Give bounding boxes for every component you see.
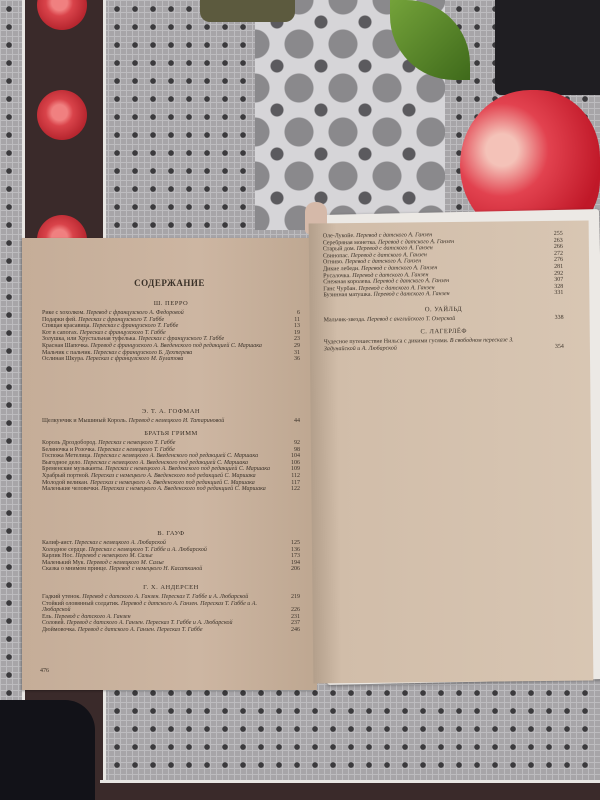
entry-credit: Перевод с немецкого И. Татариновой (129, 418, 225, 424)
entry-page: 226 (286, 607, 300, 614)
entry-credit: Пересказ с французского М. Булатова (86, 356, 184, 362)
entry-page: 98 (286, 447, 300, 454)
entry-title: Спящая красавица. Пересказ с французског… (42, 323, 286, 330)
entry-title: Маленькие человечки. Пересказ с немецког… (42, 486, 286, 493)
toc-title: СОДЕРЖАНИЕ (22, 278, 317, 288)
entry-page: 36 (286, 356, 300, 363)
entry-page: 109 (286, 466, 300, 473)
entry-credit: Пересказ с немецкого А. Любарской (74, 540, 165, 546)
entry-credit: Перевод с датского А. Ганзен. Пересказ Т… (42, 601, 257, 614)
section-author: В. ГАУФ (42, 530, 300, 537)
entry-page: 231 (286, 614, 300, 621)
entry-credit: Пересказ с немецкого Т. Габбе и А. Любар… (88, 547, 206, 553)
entry-title: Золушка, или Хрустальная туфелька. Перес… (42, 336, 286, 343)
dark-box (495, 0, 600, 95)
entry-page: 194 (286, 560, 300, 567)
toc-entry: Дюймовочка. Перевод с датского А. Ганзен… (42, 627, 300, 634)
entry-credit: Перевод с датского А. Ганзен. Пересказ Т… (67, 620, 233, 626)
toc-section: Оле-Лукойе. Перевод с датского А. Ганзен… (323, 231, 564, 299)
entry-page: 112 (286, 473, 300, 480)
left-page: СОДЕРЖАНИЕ Ш. ПЕРРОРике с хохолком. Пере… (22, 238, 317, 690)
toc-entry: Стойкий оловянный солдатик. Перевод с да… (42, 601, 300, 614)
toc-entry: Король Дроздобород. Пересказ с немецкого… (42, 440, 300, 447)
section-author: Ш. ПЕРРО (42, 300, 300, 307)
toc-section: Г. Х. АНДЕРСЕНГадкий утенок. Перевод с д… (42, 584, 300, 634)
entry-page: 173 (286, 553, 300, 560)
entry-title: Дюймовочка. Перевод с датского А. Ганзен… (42, 627, 286, 634)
entry-page: 219 (286, 594, 300, 601)
entry-credit: Пересказ с немецкого А. Введенского под … (83, 460, 248, 466)
entry-page: 331 (549, 290, 563, 297)
section-author: БРАТЬЯ ГРИММ (42, 430, 300, 437)
entry-page: 44 (286, 418, 300, 425)
toc-section: В. ГАУФКалиф-аист. Пересказ с немецкого … (42, 530, 300, 573)
entry-credit: Перевод с английского Т. Озерской (367, 316, 455, 323)
entry-credit: Пересказ с немецкого А. Введенского под … (93, 453, 258, 459)
dark-object-corner (0, 700, 95, 800)
page-number: 476 (40, 668, 49, 674)
toc-section: О. УАЙЛЬДМальчик-звезда. Перевод с англи… (323, 305, 563, 324)
entry-title: Сказка о мнимом принце. Перевод с немецк… (42, 566, 286, 573)
toc-entry: Карлик Нос. Перевод с немецкого М. Салье… (42, 553, 300, 560)
entry-title: Стойкий оловянный солдатик. Перевод с да… (42, 601, 286, 614)
section-author: Г. Х. АНДЕРСЕН (42, 584, 300, 591)
toc-section: БРАТЬЯ ГРИММКороль Дроздобород. Пересказ… (42, 430, 300, 493)
entry-credit: Перевод с французского А. Федоровой (86, 310, 183, 316)
entry-credit: Пересказ с немецкого А. Введенского под … (101, 486, 266, 492)
entry-credit: Перевод с датского А. Ганзен. Пересказ Т… (78, 627, 203, 633)
entry-page: 122 (286, 486, 300, 493)
rose-decoration (37, 90, 87, 140)
entry-page: 125 (286, 540, 300, 547)
entry-credit: Перевод с немецкого Н. Касаткиной (109, 566, 202, 572)
entry-credit: Перевод с немецкого М. Салье (87, 560, 164, 566)
entry-page: 117 (286, 480, 300, 487)
entry-title: Карлик Нос. Перевод с немецкого М. Салье (42, 553, 286, 560)
entry-title: Храбрый портной. Пересказ с немецкого А.… (42, 473, 286, 480)
entry-title: Госпожа Метелица. Пересказ с немецкого А… (42, 453, 286, 460)
toc-entry: Соловей. Перевод с датского А. Ганзен. П… (42, 620, 300, 627)
open-book: СОДЕРЖАНИЕ Ш. ПЕРРОРике с хохолком. Пере… (22, 230, 592, 695)
entry-credit: Перевод с французского А. Введенского по… (91, 343, 262, 349)
entry-page: 237 (286, 620, 300, 627)
entry-title: Мальчик-звезда. Перевод с английского Т.… (324, 315, 550, 324)
entry-title: Соловей. Перевод с датского А. Ганзен. П… (42, 620, 286, 627)
entry-credit: Пересказ с французского Т. Габбе (92, 323, 178, 329)
toc-entry: Мальчик-звезда. Перевод с английского Т.… (324, 315, 564, 324)
toc-section: Ш. ПЕРРОРике с хохолком. Перевод с франц… (42, 300, 300, 363)
toc-section: Э. Т. А. ГОФМАНЩелкунчик и Мышиный Корол… (42, 408, 300, 425)
entry-credit: Пересказ с французского Т. Габбе (78, 317, 164, 323)
entry-title: Рике с хохолком. Перевод с французского … (42, 310, 286, 317)
entry-title: Бременские музыканты. Пересказ с немецко… (42, 466, 286, 473)
entry-page: 31 (286, 350, 300, 357)
toc-entry: Сказка о мнимом принце. Перевод с немецк… (42, 566, 300, 573)
toc-entry: Калиф-аист. Пересказ с немецкого А. Люба… (42, 540, 300, 547)
entry-title: Калиф-аист. Пересказ с немецкого А. Люба… (42, 540, 286, 547)
toc-section: С. ЛАГЕРЛЁФЧудесное путешествие Нильса с… (324, 327, 564, 353)
entry-title: Король Дроздобород. Пересказ с немецкого… (42, 440, 286, 447)
right-page: Оле-Лукойе. Перевод с датского А. Ганзен… (309, 221, 594, 684)
entry-page: 11 (286, 317, 300, 324)
entry-credit: Пересказ с французского Б. Дехтерева (93, 350, 192, 356)
toc-entry: Щелкунчик и Мышиный Король. Перевод с не… (42, 418, 300, 425)
toc-entry: Гадкий утенок. Перевод с датского А. Ган… (42, 594, 300, 601)
entry-page: 354 (550, 343, 564, 350)
entry-credit: Пересказ с немецкого Т. Габбе (98, 447, 175, 453)
entry-credit: Пересказ с немецкого Т. Габбе (98, 440, 175, 446)
toc-entry: Бременские музыканты. Пересказ с немецко… (42, 466, 300, 473)
section-author: О. УАЙЛЬД (323, 305, 563, 315)
entry-credit: Пересказ с французского Т. Габбе (138, 336, 224, 342)
entry-page: 92 (286, 440, 300, 447)
entry-title: Бузинная матушка. Перевод с датского А. … (323, 290, 549, 299)
entry-credit: В свободном пересказе З. Задунайской и А… (324, 337, 514, 352)
toc-entry: Ослиная Шкура. Пересказ с французского М… (42, 356, 300, 363)
entry-title: Щелкунчик и Мышиный Король. Перевод с не… (42, 418, 286, 425)
entry-page: 6 (286, 310, 300, 317)
toc-entry: Храбрый портной. Пересказ с немецкого А.… (42, 473, 300, 480)
entry-page: 136 (286, 547, 300, 554)
entry-title: Ослиная Шкура. Пересказ с французского М… (42, 356, 286, 363)
entry-credit: Пересказ с немецкого А. Введенского под … (105, 466, 270, 472)
entry-title: Чудесное путешествие Нильса с дикими гус… (324, 337, 550, 353)
entry-title: Гадкий утенок. Перевод с датского А. Ган… (42, 594, 286, 601)
entry-credit: Перевод с датского А. Ганзен (54, 614, 130, 620)
tablecloth-border-bottom (100, 780, 600, 800)
toc-entry: Чудесное путешествие Нильса с дикими гус… (324, 337, 564, 353)
entry-page: 13 (286, 323, 300, 330)
entry-page: 23 (286, 336, 300, 343)
entry-page: 106 (286, 460, 300, 467)
rose-decoration (37, 0, 87, 30)
entry-credit: Перевод с датского А. Ганзен. Пересказ Т… (82, 594, 248, 600)
object-top (200, 0, 295, 22)
entry-credit: Пересказ с французского Т. Габбе (80, 330, 166, 336)
entry-page: 246 (286, 627, 300, 634)
section-author: Э. Т. А. ГОФМАН (42, 408, 300, 415)
entry-title: Красная Шапочка. Перевод с французского … (42, 343, 286, 350)
entry-credit: Перевод с немецкого М. Салье (75, 553, 152, 559)
entry-credit: Пересказ с немецкого А. Введенского под … (91, 473, 256, 479)
toc-entry: Золушка, или Хрустальная туфелька. Перес… (42, 336, 300, 343)
entry-page: 338 (550, 315, 564, 322)
entry-credit: Перевод с датского А. Ганзен (373, 291, 449, 298)
toc-entry: Маленькие человечки. Пересказ с немецког… (42, 486, 300, 493)
toc-entry: Красная Шапочка. Перевод с французского … (42, 343, 300, 350)
toc-entry: Рике с хохолком. Перевод с французского … (42, 310, 300, 317)
toc-entry: Бузинная матушка. Перевод с датского А. … (323, 290, 563, 299)
entry-page: 29 (286, 343, 300, 350)
section-author: С. ЛАГЕРЛЁФ (324, 327, 564, 337)
toc-entry: Госпожа Метелица. Пересказ с немецкого А… (42, 453, 300, 460)
entry-page: 104 (286, 453, 300, 460)
entry-page: 206 (286, 566, 300, 573)
entry-page: 19 (286, 330, 300, 337)
toc-entry: Спящая красавица. Пересказ с французског… (42, 323, 300, 330)
entry-credit: Пересказ с немецкого А. Введенского под … (90, 480, 255, 486)
